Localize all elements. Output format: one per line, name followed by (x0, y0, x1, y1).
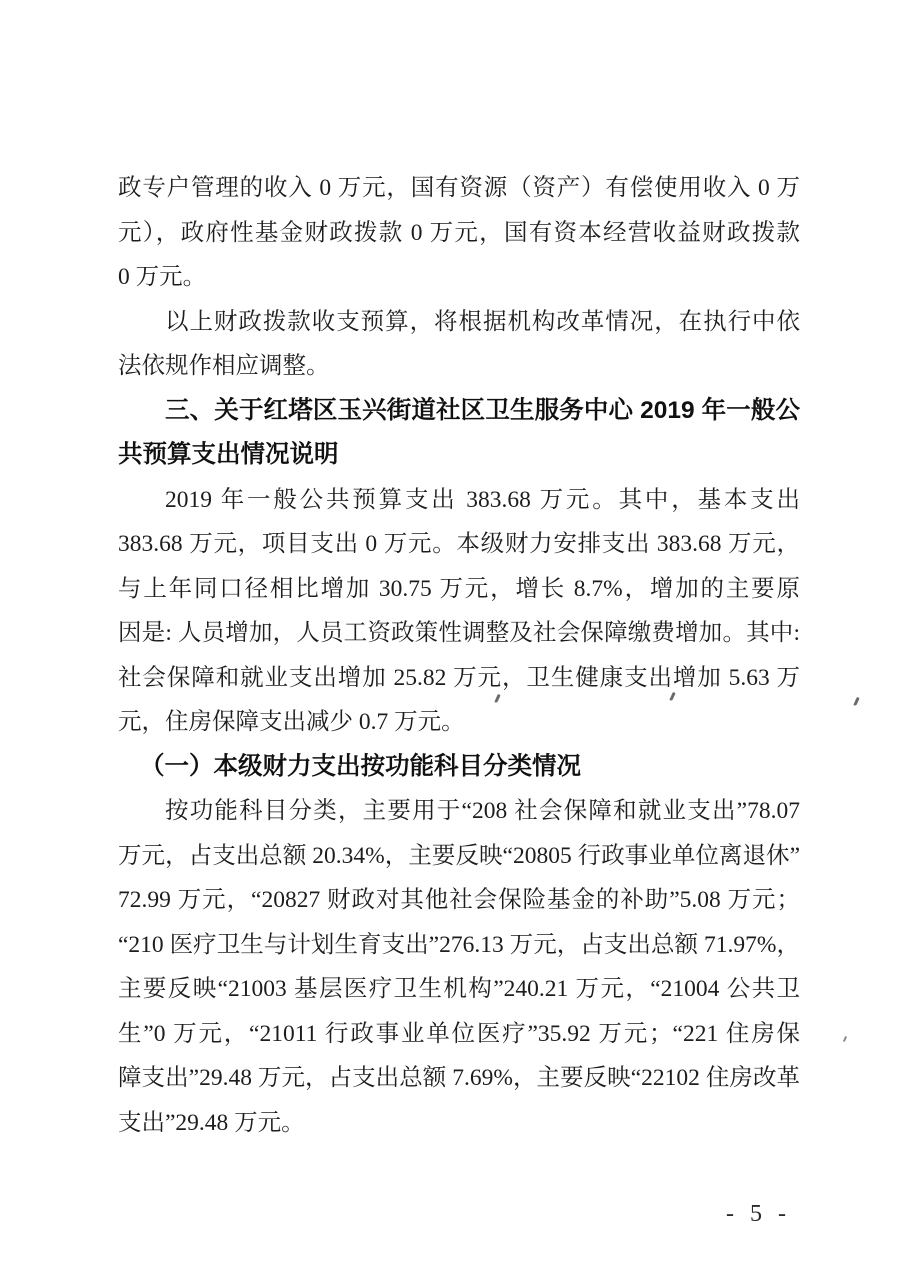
subsection-heading-line: （一）本级财力支出按功能科目分类情况 (118, 745, 800, 790)
body-line: 以上财政拨款收支预算，将根据机构改革情况，在执行中依 (118, 300, 800, 345)
body-line: 元，住房保障支出减少 0.7 万元。 (118, 700, 800, 745)
body-line: 与上年同口径相比增加 30.75 万元，增长 8.7%，增加的主要原 (118, 567, 800, 612)
body-line: 法依规作相应调整。 (118, 344, 800, 389)
section-heading-line: 三、关于红塔区玉兴街道社区卫生服务中心 2019 年一般公 (118, 389, 800, 434)
body-line: 支出”29.48 万元。 (118, 1101, 800, 1146)
document-page: 政专户管理的收入 0 万元，国有资源（资产）有偿使用收入 0 万 元），政府性基… (0, 0, 910, 1287)
body-line: 按功能科目分类，主要用于“208 社会保障和就业支出”78.07 (118, 789, 800, 834)
body-line: 社会保障和就业支出增加 25.82 万元，卫生健康支出增加 5.63 万 (118, 656, 800, 701)
body-line: 障支出”29.48 万元，占支出总额 7.69%，主要反映“22102 住房改革 (118, 1056, 800, 1101)
body-line: 72.99 万元，“20827 财政对其他社会保险基金的补助”5.08 万元； (118, 878, 800, 923)
body-line: 0 万元。 (118, 255, 800, 300)
scan-speck (853, 697, 859, 706)
body-line: 万元，占支出总额 20.34%，主要反映“20805 行政事业单位离退休” (118, 834, 800, 879)
body-line: 主要反映“21003 基层医疗卫生机构”240.21 万元，“21004 公共卫 (118, 967, 800, 1012)
body-line: 生”0 万元，“21011 行政事业单位医疗”35.92 万元；“221 住房保 (118, 1012, 800, 1057)
body-line: 因是: 人员增加，人员工资政策性调整及社会保障缴费增加。其中: (118, 611, 800, 656)
body-line: “210 医疗卫生与计划生育支出”276.13 万元，占支出总额 71.97%， (118, 923, 800, 968)
body-text: 政专户管理的收入 0 万元，国有资源（资产）有偿使用收入 0 万 元），政府性基… (118, 166, 800, 1145)
section-heading-line: 共预算支出情况说明 (118, 433, 800, 478)
body-line: 政专户管理的收入 0 万元，国有资源（资产）有偿使用收入 0 万 (118, 166, 800, 211)
body-line: 元），政府性基金财政拨款 0 万元，国有资本经营收益财政拨款 (118, 211, 800, 256)
scan-speck (843, 1036, 847, 1042)
body-line: 383.68 万元，项目支出 0 万元。本级财力安排支出 383.68 万元， (118, 522, 800, 567)
body-line: 2019 年一般公共预算支出 383.68 万元。其中，基本支出 (118, 478, 800, 523)
page-number: - 5 - (726, 1201, 806, 1228)
